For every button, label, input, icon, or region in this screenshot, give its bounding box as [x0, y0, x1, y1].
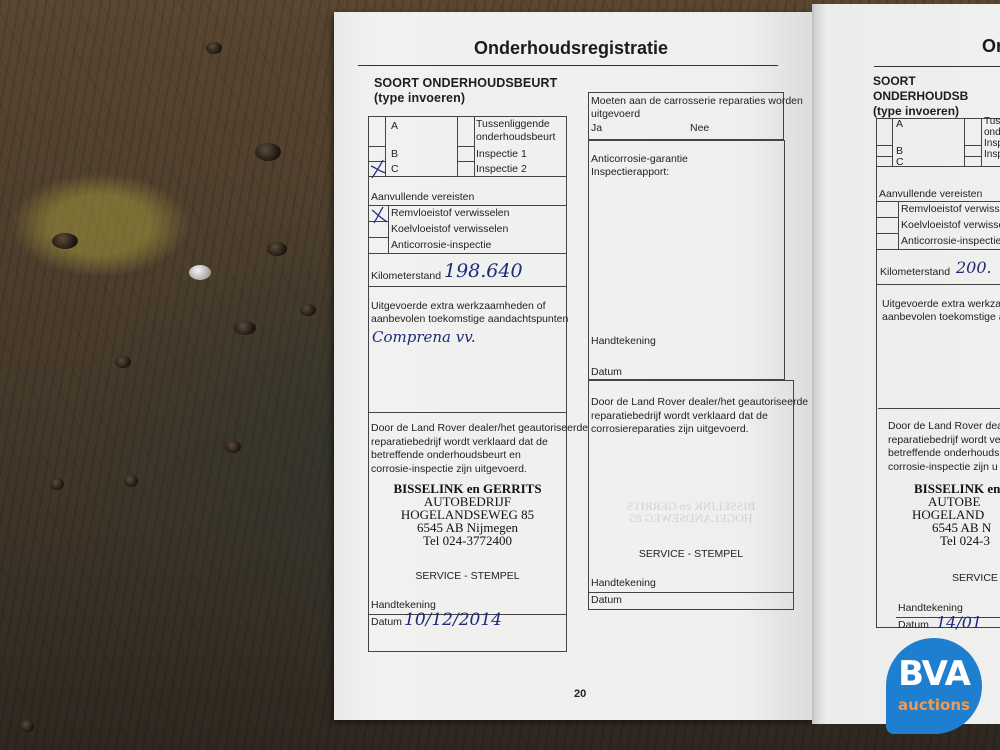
next-additional-label: Aanvullende vereisten: [879, 188, 982, 201]
grid-line: [981, 118, 982, 166]
service-stamp-label: SERVICE - STEMPEL: [368, 570, 567, 583]
corrosion-declaration: Door de Land Rover dealer/het geautorise…: [591, 396, 808, 437]
next-brake-fluid: Remvloeistof verwissel: [901, 203, 1000, 216]
section-subheading: (type invoeren): [374, 91, 557, 106]
no-option[interactable]: Nee: [690, 122, 709, 135]
nail-decoration: [225, 441, 241, 453]
grid-line: [876, 284, 1000, 285]
next-odometer-value[interactable]: 200.: [956, 258, 992, 277]
next-date-value[interactable]: 14/01: [936, 613, 982, 632]
intermediate-line2: onderhoudsbeurt: [476, 131, 555, 143]
service-type-inspection1-label: Inspectie 1: [476, 148, 527, 161]
next-type-right: Tuss ond Insp Insp: [984, 116, 1000, 160]
nail-decoration: [115, 356, 131, 368]
grid-line: [964, 145, 981, 146]
nail-decoration: [124, 475, 138, 487]
declaration-line: corrosiereparaties zijn uitgevoerd.: [591, 423, 749, 435]
checkmark-c-icon[interactable]: [369, 158, 389, 180]
signature-label-right: Handtekening: [591, 335, 656, 348]
declaration-line: reparatiebedrijf wordt ve: [888, 434, 1000, 446]
next-page-title: Or: [982, 36, 1000, 57]
signature-label-right-2: Handtekening: [591, 577, 656, 590]
extra-work-value[interactable]: Comprena vv.: [372, 328, 476, 346]
bva-logo-text: BVA: [886, 654, 982, 694]
bodywork-question-line1: Moeten aan de carrosserie reparaties wor…: [591, 95, 803, 107]
extra-work-line2: aanbevolen toekomstige aandachtspunten: [371, 313, 568, 325]
grid-line: [878, 408, 1000, 409]
anticorrosion-line1: Anticorrosie-garantie: [591, 153, 688, 165]
grid-line: [876, 156, 892, 157]
nail-decoration: [234, 321, 256, 335]
brake-fluid-label: Remvloeistof verwisselen: [391, 207, 509, 220]
nail-decoration: [50, 478, 64, 490]
next-service-stamp-label: SERVICE -: [952, 572, 1000, 585]
service-type-intermediate-label: Tussenliggende onderhoudsbeurt: [476, 118, 555, 144]
grid-line: [457, 146, 474, 147]
grid-line: [474, 116, 475, 176]
grid-line: [368, 412, 567, 413]
next-dealer-stamp: BISSELINK en AUTOBE HOGELAND 6545 AB N T…: [886, 482, 1000, 547]
nail-decoration: [52, 233, 78, 249]
grid-line: [876, 249, 1000, 250]
booklet-page-left: Onderhoudsregistratie SOORT ONDERHOUDSBE…: [334, 12, 814, 720]
next-declaration: Door de Land Rover deale reparatiebedrij…: [888, 420, 1000, 474]
page-number: 20: [574, 688, 586, 700]
page-title: Onderhoudsregistratie: [474, 38, 668, 59]
anticorrosion-label: Anticorrosie-garantie Inspectierapport:: [591, 153, 688, 179]
declaration-line: betreffende onderhoudsbeurt en: [371, 449, 521, 461]
bva-logo-subtext: auctions: [886, 696, 982, 714]
grid-line: [368, 253, 567, 254]
ghost-line: HOGELANDSEWEG 85: [588, 512, 794, 524]
grid-line: [876, 233, 898, 234]
declaration-line: Door de Land Rover dealer/het geautorise…: [371, 422, 588, 434]
grid-line: [898, 201, 899, 249]
anticorrosion-line2: Inspectierapport:: [591, 166, 669, 178]
section-title: SOORT ONDERHOUDSBEURT (type invoeren): [374, 76, 557, 106]
next-odometer-label: Kilometerstand: [880, 266, 950, 279]
nail-decoration: [255, 143, 281, 161]
service-type-c-label: C: [391, 163, 399, 176]
service-stamp-label-right: SERVICE - STEMPEL: [588, 548, 794, 561]
title-divider: [874, 66, 1000, 67]
bodywork-question: Moeten aan de carrosserie reparaties wor…: [591, 95, 803, 121]
grid-line: [368, 146, 385, 147]
title-divider: [358, 65, 778, 66]
dealer-stamp: BISSELINK en GERRITS AUTOBEDRIJF HOGELAN…: [368, 482, 567, 547]
declaration-line: reparatiebedrijf wordt verklaard dat de: [591, 410, 768, 422]
grid-line: [964, 156, 981, 157]
next-coolant: Koelvloeistof verwissel: [901, 219, 1000, 232]
nail-decoration: [267, 242, 287, 256]
grid-line: [876, 201, 1000, 202]
checkmark-brake-fluid-icon[interactable]: [370, 206, 390, 226]
grid-line: [892, 118, 893, 166]
grid-line: [876, 217, 898, 218]
declaration-line: corrosie-inspectie zijn u: [888, 461, 998, 473]
grid-line: [588, 592, 794, 593]
declaration-line: corrosie-inspectie zijn uitgevoerd.: [371, 463, 527, 475]
coolant-label: Koelvloeistof verwisselen: [391, 223, 508, 236]
extra-work-label: Uitgevoerde extra werkzaamheden of aanbe…: [371, 300, 568, 326]
grid-line: [368, 237, 388, 238]
next-type-c: C: [896, 156, 904, 169]
booklet-page-right: Or SOORT ONDERHOUDSB (type invoeren) A B…: [814, 4, 1000, 724]
declaration-line: reparatiebedrijf wordt verklaard dat de: [371, 436, 548, 448]
date-value[interactable]: 10/12/2014: [404, 610, 502, 630]
section-subheading: (type invoeren): [873, 104, 1000, 119]
nail-decoration: [20, 720, 34, 732]
extra-work-line1: Uitgevoerde extra werkzaamheden of: [371, 300, 546, 312]
date-label-right: Datum: [591, 366, 622, 379]
service-type-inspection2-label: Inspectie 2: [476, 163, 527, 176]
date-label-right-2: Datum: [591, 594, 622, 607]
additional-requirements-label: Aanvullende vereisten: [371, 191, 474, 204]
bodywork-question-line2: uitgevoerd: [591, 108, 640, 120]
nail-decoration: [206, 42, 222, 54]
yes-option[interactable]: Ja: [591, 122, 602, 135]
extra-work-line2: aanbevolen toekomstige a: [882, 311, 1000, 323]
nail-decoration: [300, 304, 316, 316]
grid-line: [876, 145, 892, 146]
odometer-label: Kilometerstand: [371, 270, 441, 283]
intermediate-line1: Tussenliggende: [476, 118, 550, 130]
next-date-label: Datum: [898, 619, 929, 632]
service-type-b-label: B: [391, 148, 398, 161]
section-heading: SOORT ONDERHOUDSBEURT: [374, 76, 557, 91]
bva-auctions-logo: BVA auctions: [886, 638, 982, 734]
nail-decoration: [189, 265, 211, 280]
next-anticorrosion: Anticorrosie-inspectie: [901, 235, 1000, 248]
odometer-value[interactable]: 198.640: [444, 260, 523, 282]
stamp-phone: Tel 024-3772400: [368, 534, 567, 547]
service-type-a-label: A: [391, 120, 398, 133]
declaration-line: Door de Land Rover deale: [888, 420, 1000, 432]
grid-line: [368, 176, 567, 177]
stamp-bleedthrough: BISSELINK en GERRITS HOGELANDSEWEG 85: [588, 500, 794, 524]
next-type-a: A: [896, 118, 903, 131]
next-extra-work-label: Uitgevoerde extra werkza aanbevolen toek…: [882, 298, 1000, 324]
declaration-line: Door de Land Rover dealer/het geautorise…: [591, 396, 808, 408]
section-heading: SOORT ONDERHOUDSB: [873, 74, 1000, 104]
dealer-declaration: Door de Land Rover dealer/het geautorise…: [371, 422, 588, 476]
next-type-right-line: ond: [984, 127, 1000, 138]
grid-line: [457, 161, 474, 162]
next-type-right-line: Tuss: [984, 116, 1000, 127]
extra-work-line1: Uitgevoerde extra werkza: [882, 298, 1000, 310]
grid-line: [876, 166, 1000, 167]
next-type-right-line: Insp: [984, 138, 1000, 149]
declaration-line: betreffende onderhoudsb: [888, 447, 1000, 459]
anticorrosion-inspection-label: Anticorrosie-inspectie: [391, 239, 491, 252]
stamp-phone: Tel 024-3: [886, 534, 1000, 547]
next-type-right-line: Insp: [984, 149, 1000, 160]
grid-line: [368, 205, 567, 206]
grid-line: [368, 286, 567, 287]
grid-line: [964, 118, 965, 166]
next-section-title: SOORT ONDERHOUDSB (type invoeren): [873, 74, 1000, 119]
date-label: Datum: [371, 616, 402, 629]
